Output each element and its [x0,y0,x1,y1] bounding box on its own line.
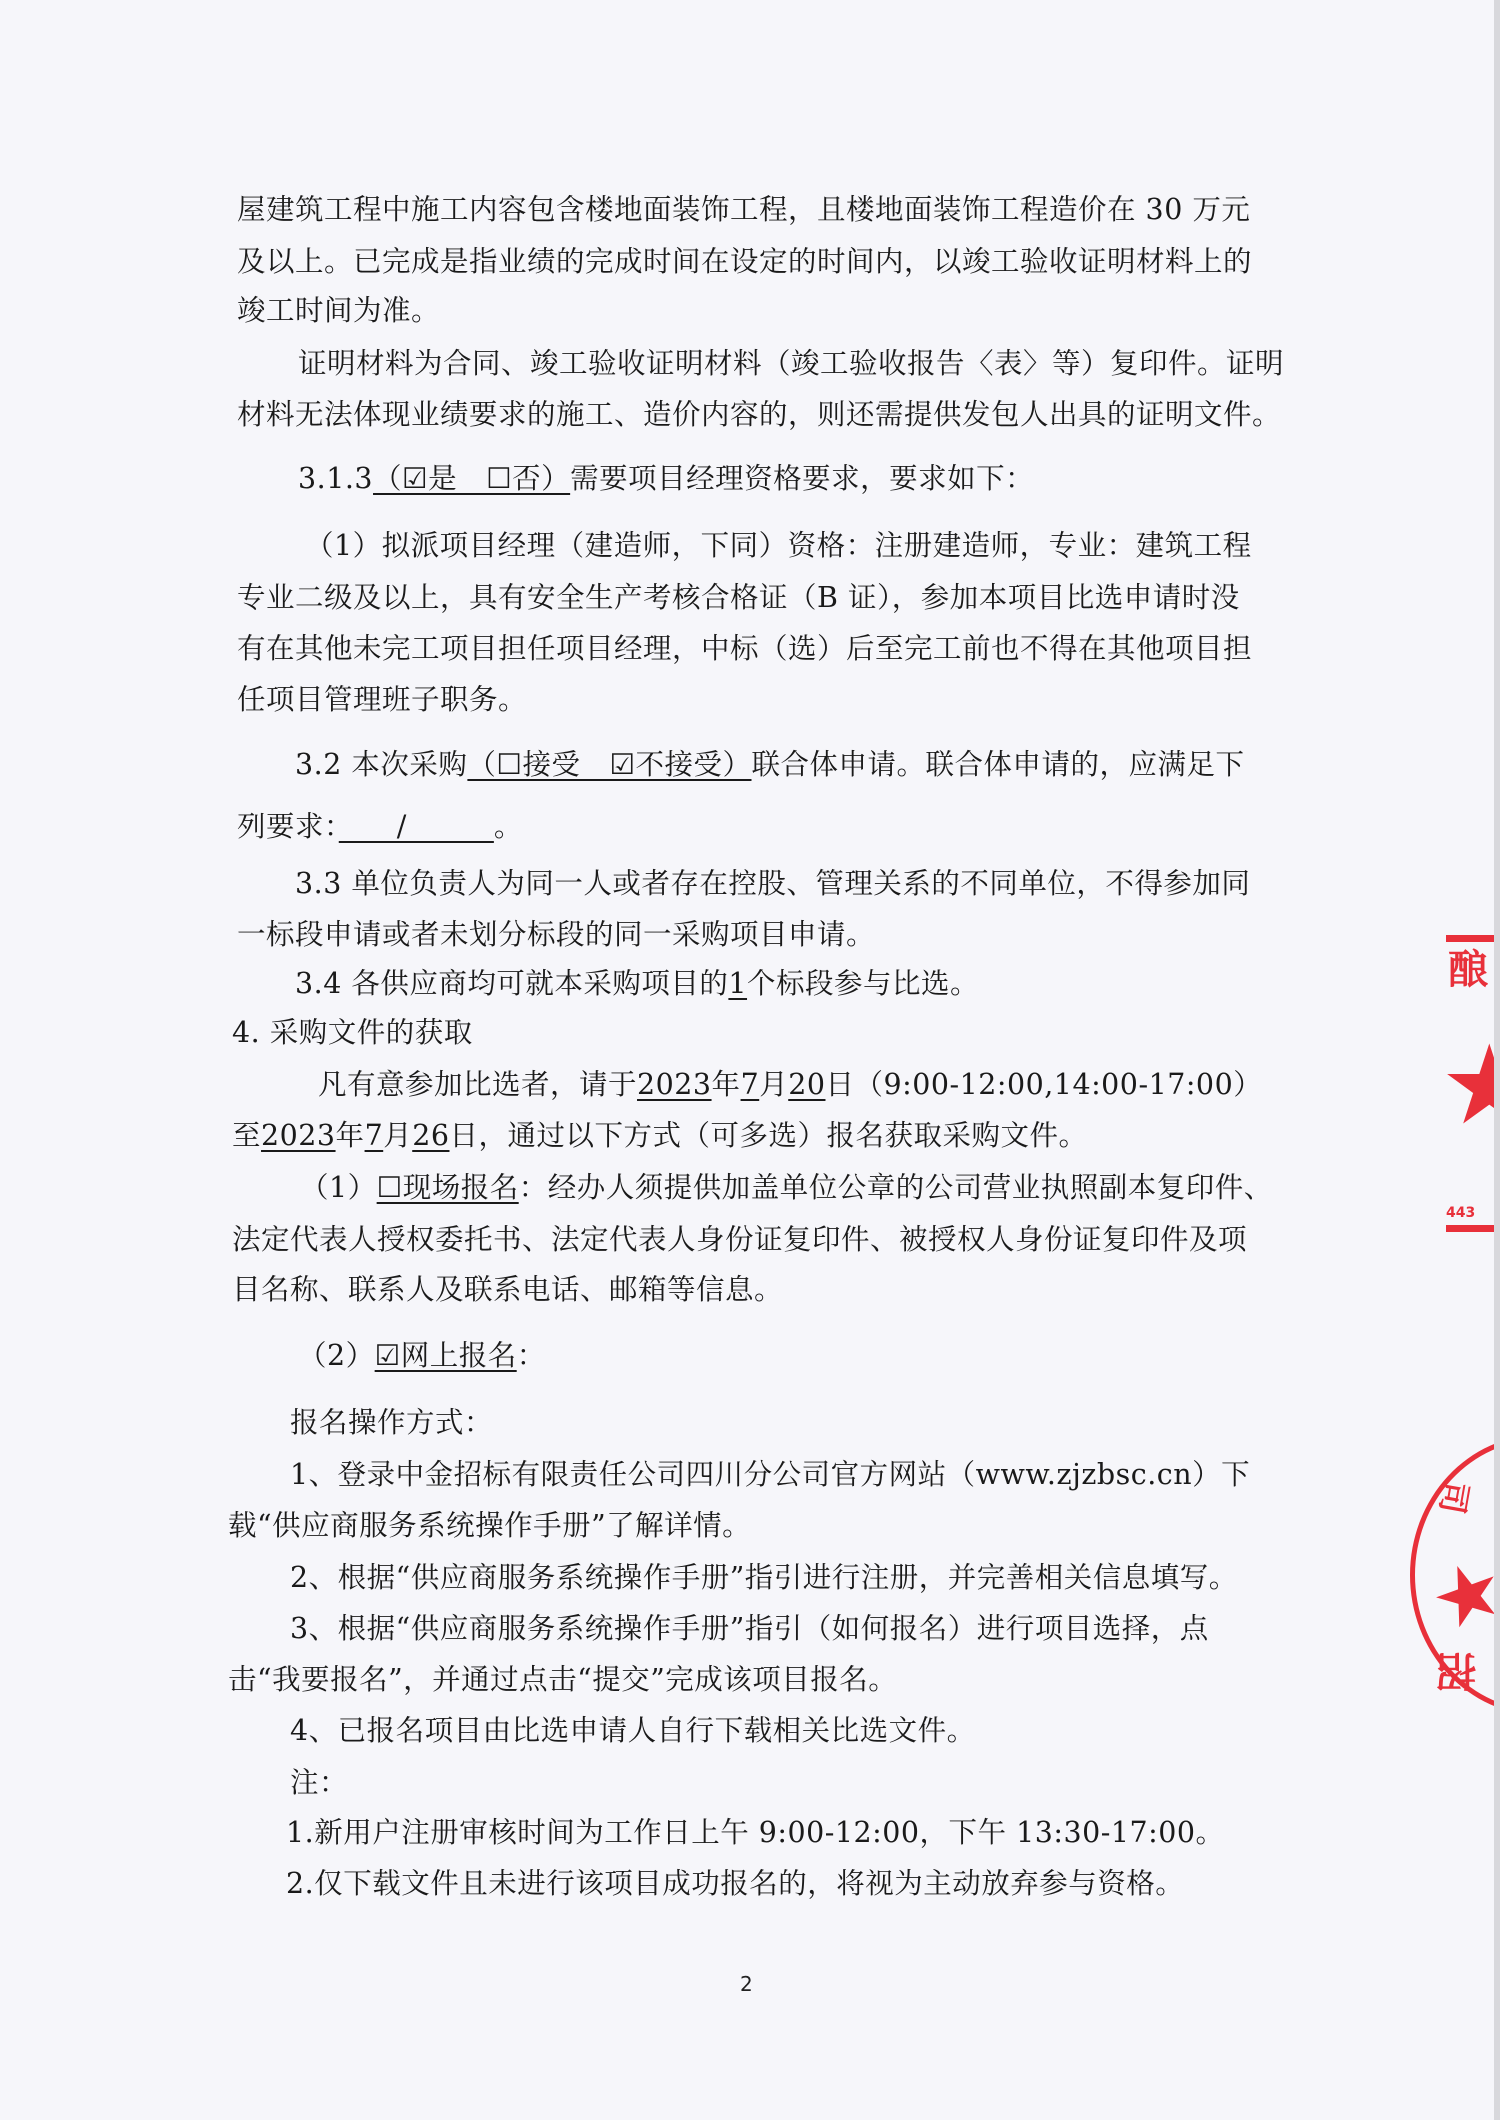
text: 月 [383,1119,412,1152]
start-day: 20 [788,1068,825,1101]
start-month: 7 [741,1068,760,1101]
section-heading: 4. 采购文件的获取 [232,1015,473,1051]
note-label: 注： [290,1765,348,1801]
paragraph-line: 3.3 单位负责人为同一人或者存在控股、管理关系的不同单位，不得参加同 [295,866,1250,902]
section-3-4: 3.4 各供应商均可就本采购项目的1个标段参与比选。 [295,966,979,1002]
paragraph-line: 法定代表人授权委托书、法定代表人身份证复印件、被授权人身份证复印件及项 [232,1222,1247,1258]
section-text: 需要项目经理资格要求，要求如下： [570,462,1034,495]
paragraph-line: 1、登录中金招标有限责任公司四川分公司官方网站（www.zjzbsc.cn）下 [290,1457,1250,1493]
paragraph-line: 击“我要报名”，并通过点击“提交”完成该项目报名。 [228,1662,897,1698]
end-year: 2023 [261,1119,336,1152]
text: ：经办人须提供加盖单位公章的公司营业执照副本复印件、 [519,1171,1273,1204]
online-registration: （2）☑网上报名： [298,1338,546,1374]
paragraph-line: 任项目管理班子职务。 [237,682,527,718]
section-number: 3.1.3 [298,462,373,495]
online-registration-checkbox: ☑网上报名 [375,1339,517,1372]
stamp-bar [1446,1225,1500,1232]
registration-period-end: 至2023年7月26日，通过以下方式（可多选）报名获取采购文件。 [232,1118,1088,1154]
stamp-number: 443 [1446,1205,1475,1221]
paragraph-line: 专业二级及以上，具有安全生产考核合格证（B 证），参加本项目比选申请时没 [237,580,1240,616]
lot-count: 1 [728,967,747,1000]
paragraph-line: 报名操作方式： [290,1405,493,1441]
note-line: 1.新用户注册审核时间为工作日上午 9:00-12:00，下午 13:30-17… [286,1815,1224,1851]
section-text: 联合体申请。联合体申请的，应满足下 [752,748,1245,781]
text: 日，通过以下方式（可多选）报名获取采购文件。 [449,1119,1087,1152]
document-page: 屋建筑工程中施工内容包含楼地面装饰工程，且楼地面装饰工程造价在 30 万元 及以… [0,0,1494,2120]
text: 凡有意参加比选者，请于 [318,1068,637,1101]
pm-requirement-checkboxes: （☑是 ☐否） [373,462,570,495]
text: ： [517,1339,546,1372]
paragraph-line: 材料无法体现业绩要求的施工、造价内容的，则还需提供发包人出具的证明文件。 [237,397,1281,433]
section-text: 3.2 本次采购 [295,748,467,781]
section-text: 个标段参与比选。 [747,967,979,1000]
note-line: 2.仅下载文件且未进行该项目成功报名的，将视为主动放弃参与资格。 [286,1866,1184,1902]
section-3-2: 3.2 本次采购（☐接受 ☑不接受）联合体申请。联合体申请的，应满足下 [295,747,1245,783]
item-number: （2） [298,1339,375,1372]
star-icon: ★ [1440,1030,1500,1140]
end-day: 26 [412,1119,449,1152]
red-seal-stamp: 酿 ★ 443 [1440,915,1500,1245]
consortium-requirement-line: 列要求： / 。 [237,809,523,845]
paragraph-line: 屋建筑工程中施工内容包含楼地面装饰工程，且楼地面装饰工程造价在 30 万元 [237,192,1250,228]
section-3-1-3: 3.1.3（☑是 ☐否）需要项目经理资格要求，要求如下： [298,461,1034,497]
onsite-registration-checkbox: ☐现场报名 [377,1171,519,1204]
page-number: 2 [740,1972,753,1996]
text: 年 [336,1119,365,1152]
stamp-bar [1446,935,1500,942]
onsite-registration: （1）☐现场报名：经办人须提供加盖单位公章的公司营业执照副本复印件、 [300,1170,1273,1206]
text: 至 [232,1119,261,1152]
consortium-checkboxes: （☐接受 ☑不接受） [467,748,751,781]
paragraph-line: （1）拟派项目经理（建造师，下同）资格：注册建造师，专业：建筑工程 [305,528,1252,564]
paragraph-line: 3、根据“供应商服务系统操作手册”指引（如何报名）进行项目选择，点 [290,1611,1209,1647]
paragraph-line: 有在其他未完工项目担任项目经理，中标（选）后至完工前也不得在其他项目担 [237,631,1252,667]
text: 月 [759,1068,788,1101]
text: 年 [712,1068,741,1101]
paragraph-line: 竣工时间为准。 [237,293,440,329]
paragraph-line: 载“供应商服务系统操作手册”了解详情。 [228,1508,751,1544]
paragraph-line: 目名称、联系人及联系电话、邮箱等信息。 [232,1272,783,1308]
paragraph-line: 证明材料为合同、竣工验收证明材料（竣工验收报告〈表〉等）复印件。证明 [298,346,1284,382]
text: 日（9:00-12:00,14:00-17:00） [825,1068,1262,1101]
item-number: （1） [300,1171,377,1204]
label: 列要求： [237,810,339,843]
stamp-text: 酿 [1448,948,1488,992]
paragraph-line: 及以上。已完成是指业绩的完成时间在设定的时间内，以竣工验收证明材料上的 [237,244,1252,280]
section-text: 3.4 各供应商均可就本采购项目的 [295,967,728,1000]
start-year: 2023 [637,1068,712,1101]
paragraph-line: 一标段申请或者未划分标段的同一采购项目申请。 [237,917,875,953]
blank-field: / [339,810,494,843]
registration-period-start: 凡有意参加比选者，请于2023年7月20日（9:00-12:00,14:00-1… [318,1067,1262,1103]
end-month: 7 [365,1119,384,1152]
paragraph-line: 2、根据“供应商服务系统操作手册”指引进行注册，并完善相关信息填写。 [290,1560,1238,1596]
paragraph-line: 4、已报名项目由比选申请人自行下载相关比选文件。 [290,1713,976,1749]
scan-edge [1494,0,1500,2120]
period: 。 [494,810,523,843]
red-round-seal: 司 ★ 招 [1410,1430,1500,1730]
stamp-text: 招 [1436,1645,1476,1702]
